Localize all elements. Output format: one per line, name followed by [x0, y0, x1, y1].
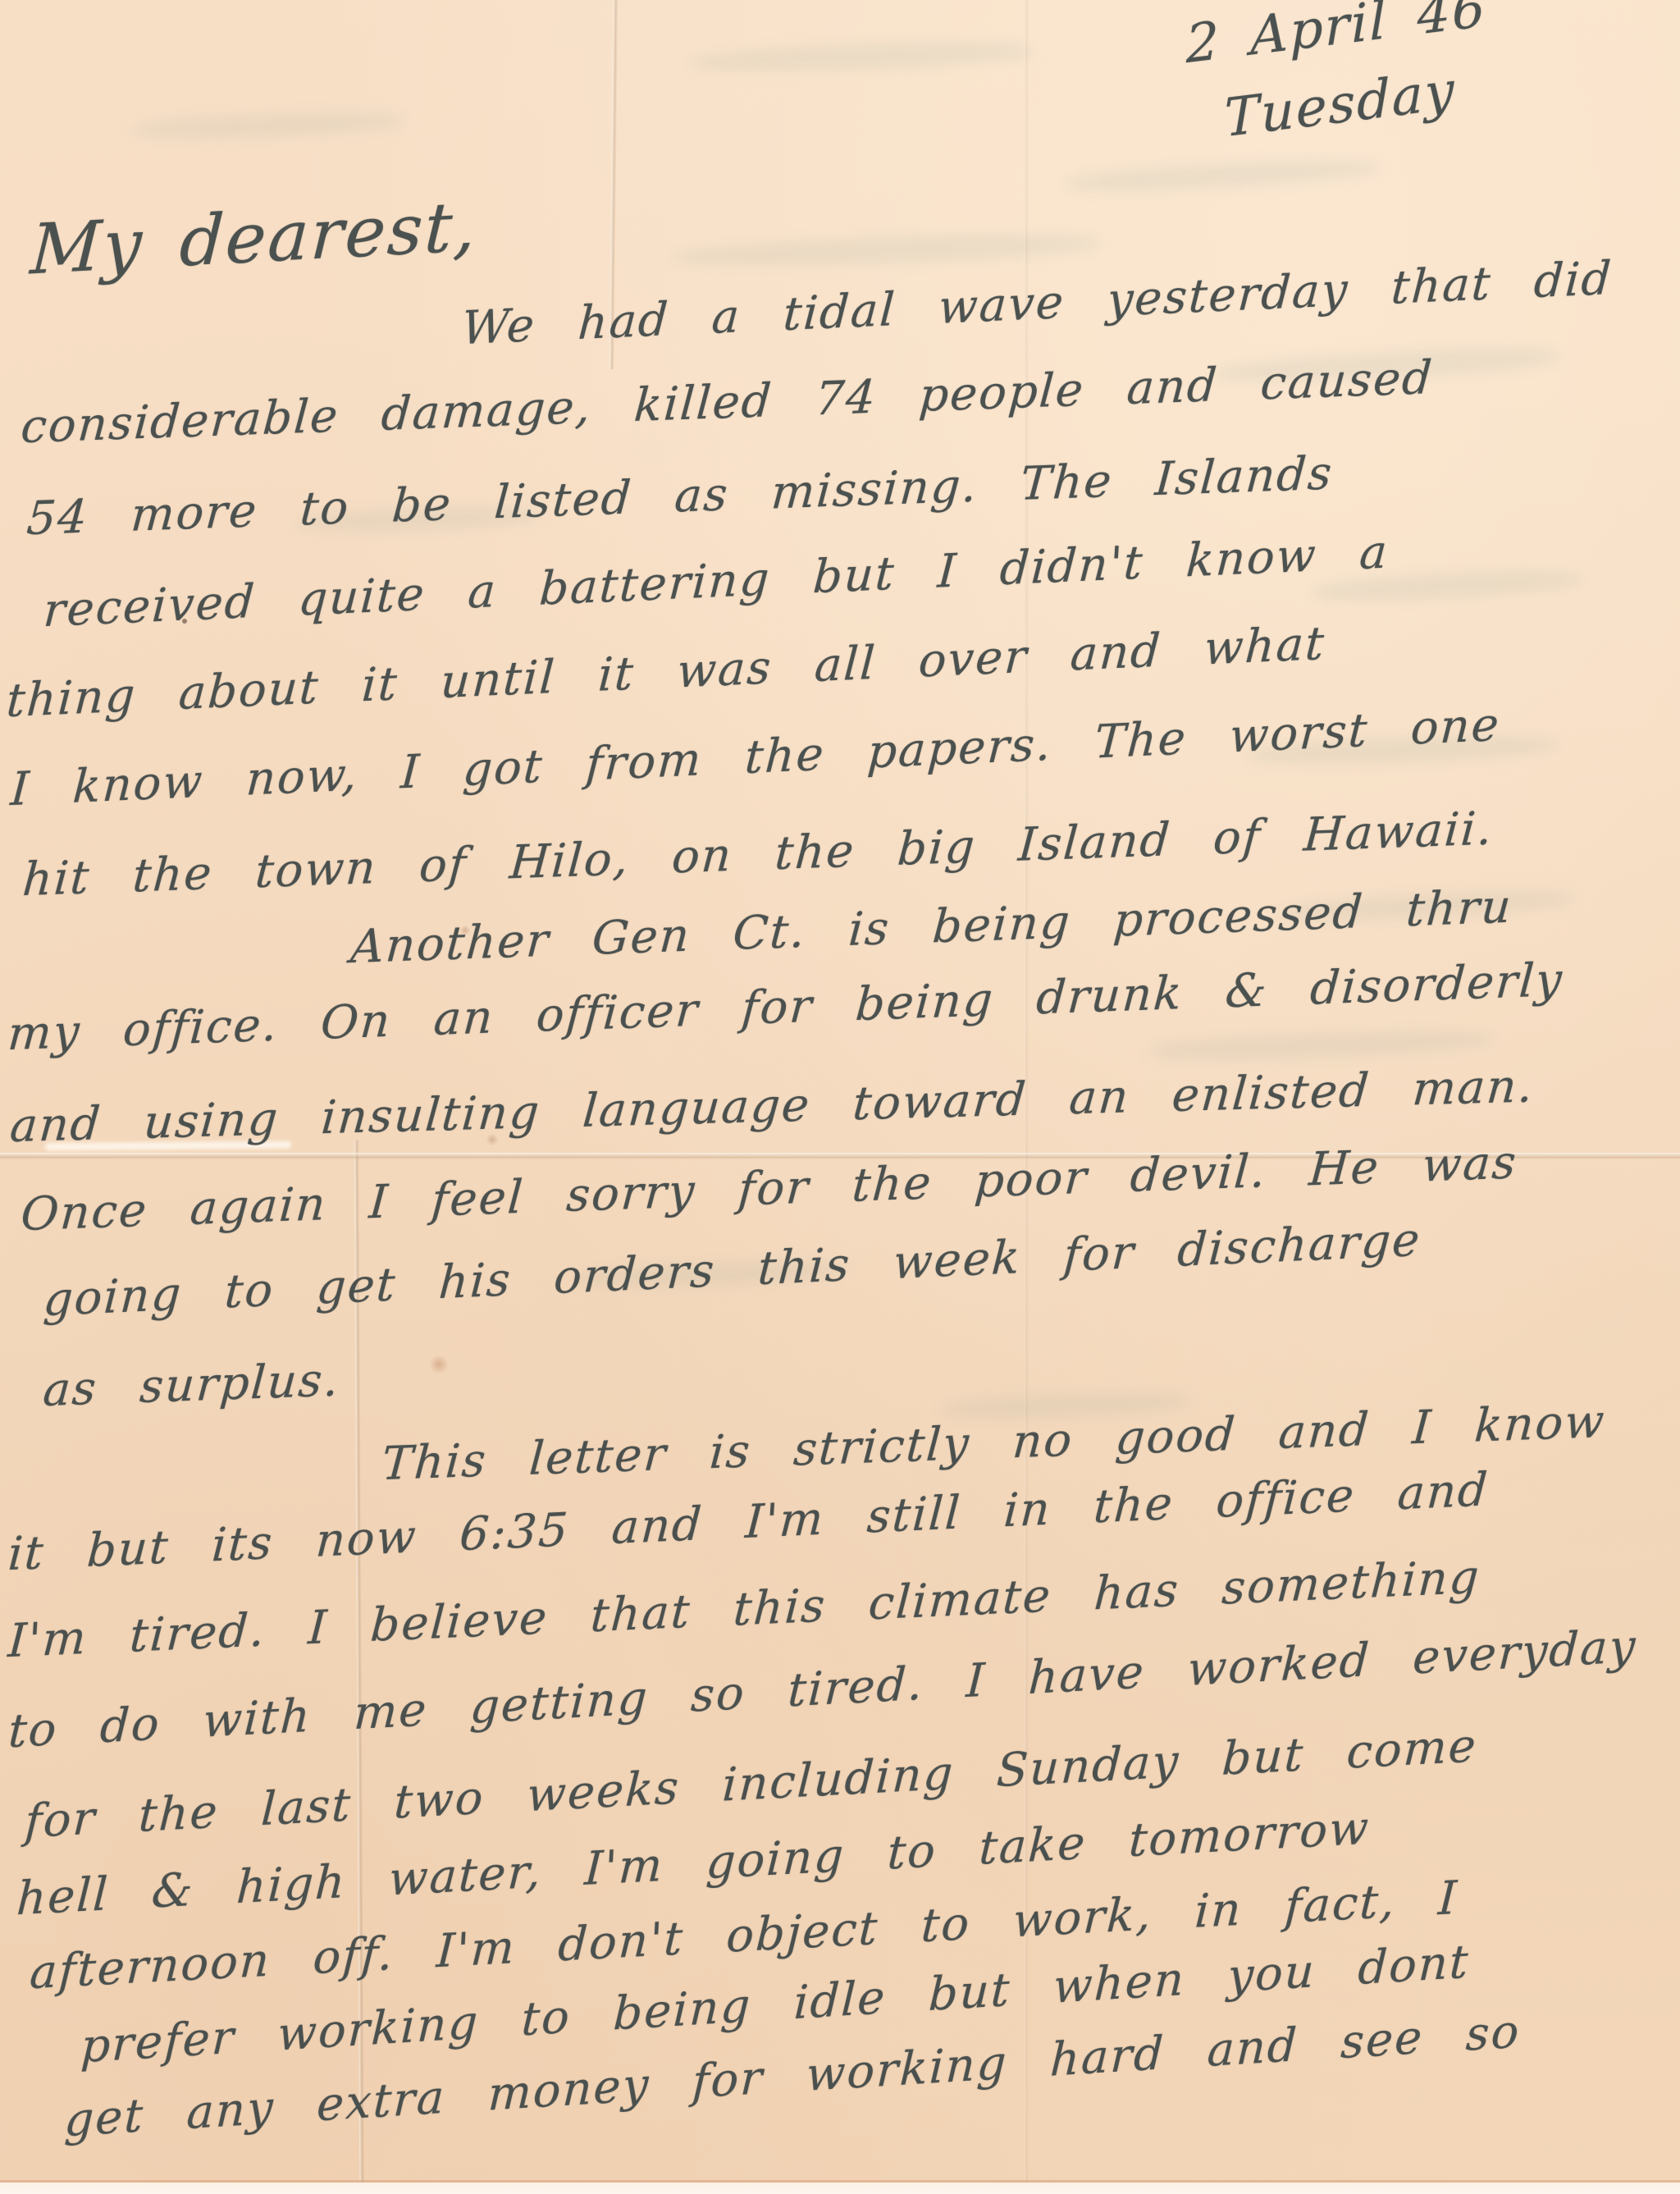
ghost-stroke [1066, 156, 1379, 195]
letter-paper: 2 April 46 Tuesday My dearest, We had a … [0, 0, 1680, 2194]
letter-line: and using insulting language toward an e… [8, 1059, 1536, 1153]
ghost-stroke [673, 231, 1100, 270]
ghost-stroke [131, 110, 403, 141]
letter-line: We had a tidal wave yesterday that did [460, 252, 1614, 355]
letter-line: Another Gen Ct. is being processed thru [349, 880, 1513, 975]
letter-line: considerable damage, killed 74 people an… [19, 351, 1435, 454]
letter-line: as surplus. [41, 1353, 341, 1417]
letter-line: received quite a battering but I didn't … [42, 525, 1390, 638]
paper-stain [428, 1355, 450, 1374]
letter-day: Tuesday [1224, 60, 1456, 149]
ghost-stroke [689, 39, 1034, 75]
letter-salutation: My dearest, [29, 185, 480, 290]
ghost-stroke [1148, 1028, 1494, 1063]
letter-line: 54 more to be listed as missing. The Isl… [25, 446, 1335, 546]
letter-line: thing about it until it was all over and… [5, 617, 1327, 728]
scan-edge [0, 2180, 1680, 2194]
